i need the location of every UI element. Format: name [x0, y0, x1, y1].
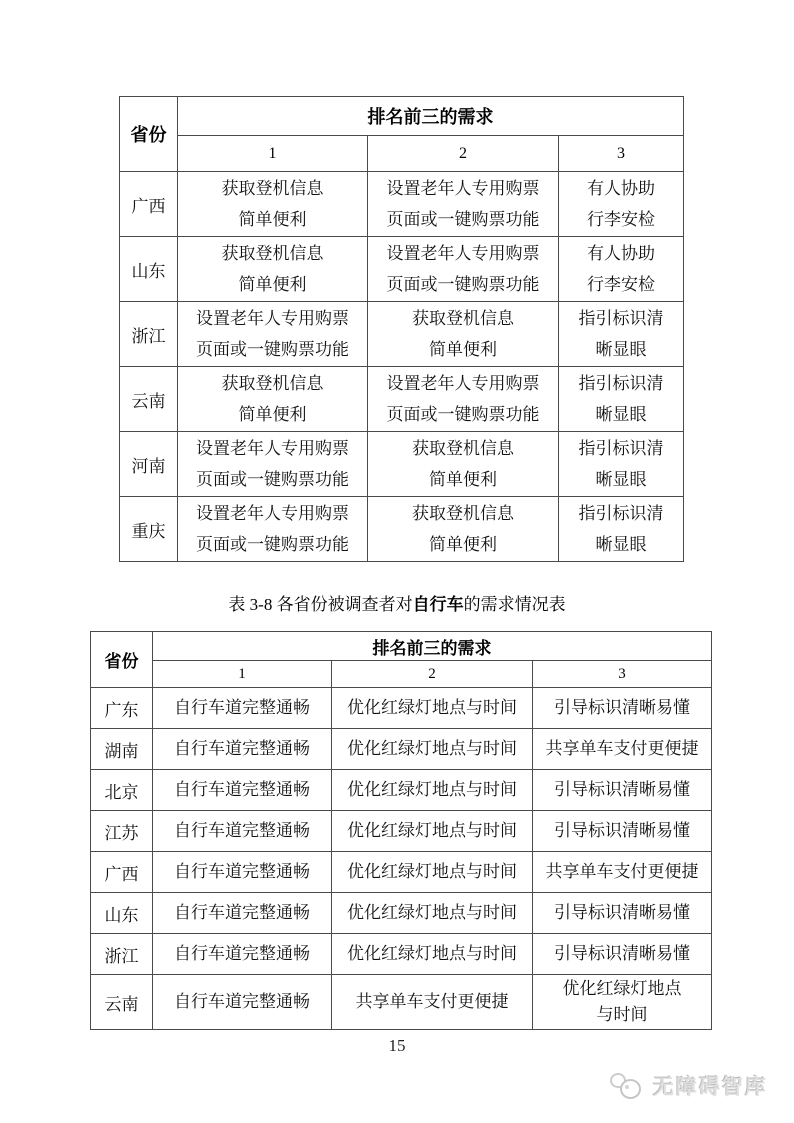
need-line: 优化红绿灯地点与时间: [332, 736, 532, 762]
need-cell: 自行车道完整通畅: [153, 729, 332, 770]
need-line: 优化红绿灯地点与时间: [332, 941, 532, 967]
need-cell: 优化红绿灯地点与时间: [332, 688, 533, 729]
need-line: 指引标识清: [559, 368, 683, 399]
need-line: 有人协助: [559, 173, 683, 204]
table-row: 河南 设置老年人专用购票页面或一键购票功能 获取登机信息简单便利 指引标识清晰显…: [120, 432, 684, 497]
province-cell: 浙江: [120, 302, 178, 367]
wuzhangai-logo-icon: [610, 1072, 644, 1100]
need-line: 优化红绿灯地点与时间: [332, 859, 532, 885]
need-cell: 自行车道完整通畅: [153, 770, 332, 811]
need-line: 简单便利: [368, 464, 558, 495]
column-header-province: 省份: [91, 632, 153, 688]
need-line: 简单便利: [178, 399, 367, 430]
page-number: 15: [0, 1036, 794, 1056]
need-cell: 设置老年人专用购票页面或一键购票功能: [368, 172, 559, 237]
need-line: 晰显眼: [559, 529, 683, 560]
rank-header-1: 1: [153, 661, 332, 688]
need-line: 获取登机信息: [178, 368, 367, 399]
need-line: 自行车道完整通畅: [153, 695, 331, 721]
need-line: 自行车道完整通畅: [153, 859, 331, 885]
need-line: 引导标识清晰易懂: [533, 777, 711, 803]
need-cell: 优化红绿灯地点与时间: [332, 934, 533, 975]
table-row: 云南 自行车道完整通畅 共享单车支付更便捷 优化红绿灯地点与时间: [91, 975, 712, 1030]
need-line: 获取登机信息: [368, 303, 558, 334]
caption-suffix: 的需求情况表: [464, 595, 566, 614]
need-line: 简单便利: [368, 334, 558, 365]
rank-header-3: 3: [559, 136, 684, 172]
need-cell: 设置老年人专用购票页面或一键购票功能: [178, 432, 368, 497]
need-line: 指引标识清: [559, 498, 683, 529]
province-cell: 云南: [91, 975, 153, 1030]
need-line: 设置老年人专用购票: [178, 498, 367, 529]
need-line: 简单便利: [178, 269, 367, 300]
need-cell: 引导标识清晰易懂: [533, 934, 712, 975]
table-row: 广东 自行车道完整通畅 优化红绿灯地点与时间 引导标识清晰易懂: [91, 688, 712, 729]
need-line: 引导标识清晰易懂: [533, 818, 711, 844]
need-cell: 指引标识清晰显眼: [559, 367, 684, 432]
table-row: 重庆 设置老年人专用购票页面或一键购票功能 获取登机信息简单便利 指引标识清晰显…: [120, 497, 684, 562]
need-line: 行李安检: [559, 269, 683, 300]
table-caption: 表 3-8 各省份被调查者对自行车的需求情况表: [0, 590, 794, 615]
table-row: 湖南 自行车道完整通畅 优化红绿灯地点与时间 共享单车支付更便捷: [91, 729, 712, 770]
need-cell: 优化红绿灯地点与时间: [533, 975, 712, 1030]
need-line: 有人协助: [559, 238, 683, 269]
province-cell: 山东: [120, 237, 178, 302]
bicycle-needs-table: 省份 排名前三的需求 1 2 3 广东 自行车道完整通畅 优化红绿灯地点与时间 …: [90, 631, 712, 1030]
need-cell: 指引标识清晰显眼: [559, 432, 684, 497]
table-row: 广西 自行车道完整通畅 优化红绿灯地点与时间 共享单车支付更便捷: [91, 852, 712, 893]
table-row: 广西 获取登机信息简单便利 设置老年人专用购票页面或一键购票功能 有人协助行李安…: [120, 172, 684, 237]
need-line: 优化红绿灯地点与时间: [332, 818, 532, 844]
need-line: 晰显眼: [559, 334, 683, 365]
need-line: 晰显眼: [559, 399, 683, 430]
need-line: 获取登机信息: [368, 498, 558, 529]
need-line: 设置老年人专用购票: [178, 433, 367, 464]
table-row: 浙江 自行车道完整通畅 优化红绿灯地点与时间 引导标识清晰易懂: [91, 934, 712, 975]
need-cell: 自行车道完整通畅: [153, 811, 332, 852]
need-line: 页面或一键购票功能: [178, 464, 367, 495]
need-cell: 优化红绿灯地点与时间: [332, 893, 533, 934]
need-cell: 获取登机信息简单便利: [178, 367, 368, 432]
need-line: 指引标识清: [559, 303, 683, 334]
need-line: 自行车道完整通畅: [153, 777, 331, 803]
need-line: 设置老年人专用购票: [368, 238, 558, 269]
airport-needs-table: 省份 排名前三的需求 1 2 3 广西 获取登机信息简单便利 设置老年人专用购票…: [119, 96, 684, 562]
need-cell: 引导标识清晰易懂: [533, 893, 712, 934]
province-cell: 北京: [91, 770, 153, 811]
need-cell: 共享单车支付更便捷: [533, 852, 712, 893]
province-cell: 浙江: [91, 934, 153, 975]
need-line: 指引标识清: [559, 433, 683, 464]
column-header-top-needs: 排名前三的需求: [178, 97, 684, 136]
table-header-row: 省份 排名前三的需求: [91, 632, 712, 661]
need-line: 页面或一键购票功能: [178, 529, 367, 560]
province-cell: 广西: [120, 172, 178, 237]
province-cell: 云南: [120, 367, 178, 432]
table-row: 北京 自行车道完整通畅 优化红绿灯地点与时间 引导标识清晰易懂: [91, 770, 712, 811]
need-cell: 自行车道完整通畅: [153, 852, 332, 893]
need-cell: 优化红绿灯地点与时间: [332, 811, 533, 852]
need-line: 优化红绿灯地点: [533, 976, 711, 1002]
rank-header-2: 2: [332, 661, 533, 688]
rank-header-row: 1 2 3: [120, 136, 684, 172]
need-line: 优化红绿灯地点与时间: [332, 695, 532, 721]
need-line: 与时间: [533, 1002, 711, 1028]
need-cell: 自行车道完整通畅: [153, 934, 332, 975]
need-cell: 有人协助行李安检: [559, 172, 684, 237]
need-cell: 自行车道完整通畅: [153, 893, 332, 934]
need-cell: 指引标识清晰显眼: [559, 497, 684, 562]
watermark: 无障碍智库: [610, 1070, 768, 1102]
need-cell: 设置老年人专用购票页面或一键购票功能: [178, 497, 368, 562]
need-line: 引导标识清晰易懂: [533, 695, 711, 721]
need-line: 优化红绿灯地点与时间: [332, 900, 532, 926]
need-line: 获取登机信息: [178, 173, 367, 204]
need-cell: 设置老年人专用购票页面或一键购票功能: [368, 367, 559, 432]
need-cell: 获取登机信息简单便利: [368, 302, 559, 367]
document-page: 省份 排名前三的需求 1 2 3 广西 获取登机信息简单便利 设置老年人专用购票…: [0, 0, 794, 1123]
need-line: 页面或一键购票功能: [368, 204, 558, 235]
need-cell: 引导标识清晰易懂: [533, 770, 712, 811]
need-line: 行李安检: [559, 204, 683, 235]
need-line: 获取登机信息: [178, 238, 367, 269]
rank-header-2: 2: [368, 136, 559, 172]
province-cell: 重庆: [120, 497, 178, 562]
column-header-province: 省份: [120, 97, 178, 172]
need-line: 设置老年人专用购票: [368, 173, 558, 204]
need-line: 设置老年人专用购票: [368, 368, 558, 399]
column-header-top-needs: 排名前三的需求: [153, 632, 712, 661]
province-cell: 湖南: [91, 729, 153, 770]
rank-header-row: 1 2 3: [91, 661, 712, 688]
need-line: 引导标识清晰易懂: [533, 900, 711, 926]
need-line: 优化红绿灯地点与时间: [332, 777, 532, 803]
caption-bold-term: 自行车: [413, 595, 464, 614]
rank-header-3: 3: [533, 661, 712, 688]
need-line: 页面或一键购票功能: [178, 334, 367, 365]
need-line: 页面或一键购票功能: [368, 399, 558, 430]
need-cell: 引导标识清晰易懂: [533, 811, 712, 852]
need-cell: 共享单车支付更便捷: [533, 729, 712, 770]
need-line: 自行车道完整通畅: [153, 900, 331, 926]
need-line: 自行车道完整通畅: [153, 818, 331, 844]
need-line: 共享单车支付更便捷: [332, 989, 532, 1015]
province-cell: 河南: [120, 432, 178, 497]
province-cell: 广西: [91, 852, 153, 893]
need-cell: 设置老年人专用购票页面或一键购票功能: [178, 302, 368, 367]
need-cell: 共享单车支付更便捷: [332, 975, 533, 1030]
caption-prefix: 表 3-8 各省份被调查者对: [228, 595, 412, 614]
need-cell: 引导标识清晰易懂: [533, 688, 712, 729]
need-line: 引导标识清晰易懂: [533, 941, 711, 967]
province-cell: 广东: [91, 688, 153, 729]
need-cell: 优化红绿灯地点与时间: [332, 770, 533, 811]
table-row: 山东 自行车道完整通畅 优化红绿灯地点与时间 引导标识清晰易懂: [91, 893, 712, 934]
need-line: 页面或一键购票功能: [368, 269, 558, 300]
province-cell: 山东: [91, 893, 153, 934]
need-cell: 自行车道完整通畅: [153, 688, 332, 729]
need-line: 设置老年人专用购票: [178, 303, 367, 334]
need-line: 共享单车支付更便捷: [533, 859, 711, 885]
table-row: 浙江 设置老年人专用购票页面或一键购票功能 获取登机信息简单便利 指引标识清晰显…: [120, 302, 684, 367]
need-line: 晰显眼: [559, 464, 683, 495]
need-line: 共享单车支付更便捷: [533, 736, 711, 762]
table-header-row: 省份 排名前三的需求: [120, 97, 684, 136]
need-cell: 获取登机信息简单便利: [178, 237, 368, 302]
table-row: 云南 获取登机信息简单便利 设置老年人专用购票页面或一键购票功能 指引标识清晰显…: [120, 367, 684, 432]
need-cell: 获取登机信息简单便利: [178, 172, 368, 237]
need-cell: 获取登机信息简单便利: [368, 497, 559, 562]
table-row: 山东 获取登机信息简单便利 设置老年人专用购票页面或一键购票功能 有人协助行李安…: [120, 237, 684, 302]
need-cell: 优化红绿灯地点与时间: [332, 852, 533, 893]
rank-header-1: 1: [178, 136, 368, 172]
need-cell: 优化红绿灯地点与时间: [332, 729, 533, 770]
need-line: 简单便利: [178, 204, 367, 235]
need-line: 自行车道完整通畅: [153, 736, 331, 762]
need-cell: 指引标识清晰显眼: [559, 302, 684, 367]
need-line: 获取登机信息: [368, 433, 558, 464]
need-line: 自行车道完整通畅: [153, 941, 331, 967]
need-cell: 有人协助行李安检: [559, 237, 684, 302]
need-cell: 自行车道完整通畅: [153, 975, 332, 1030]
need-line: 自行车道完整通畅: [153, 989, 331, 1015]
province-cell: 江苏: [91, 811, 153, 852]
table-row: 江苏 自行车道完整通畅 优化红绿灯地点与时间 引导标识清晰易懂: [91, 811, 712, 852]
need-cell: 获取登机信息简单便利: [368, 432, 559, 497]
need-cell: 设置老年人专用购票页面或一键购票功能: [368, 237, 559, 302]
need-line: 简单便利: [368, 529, 558, 560]
watermark-label: 无障碍智库: [653, 1071, 768, 1101]
